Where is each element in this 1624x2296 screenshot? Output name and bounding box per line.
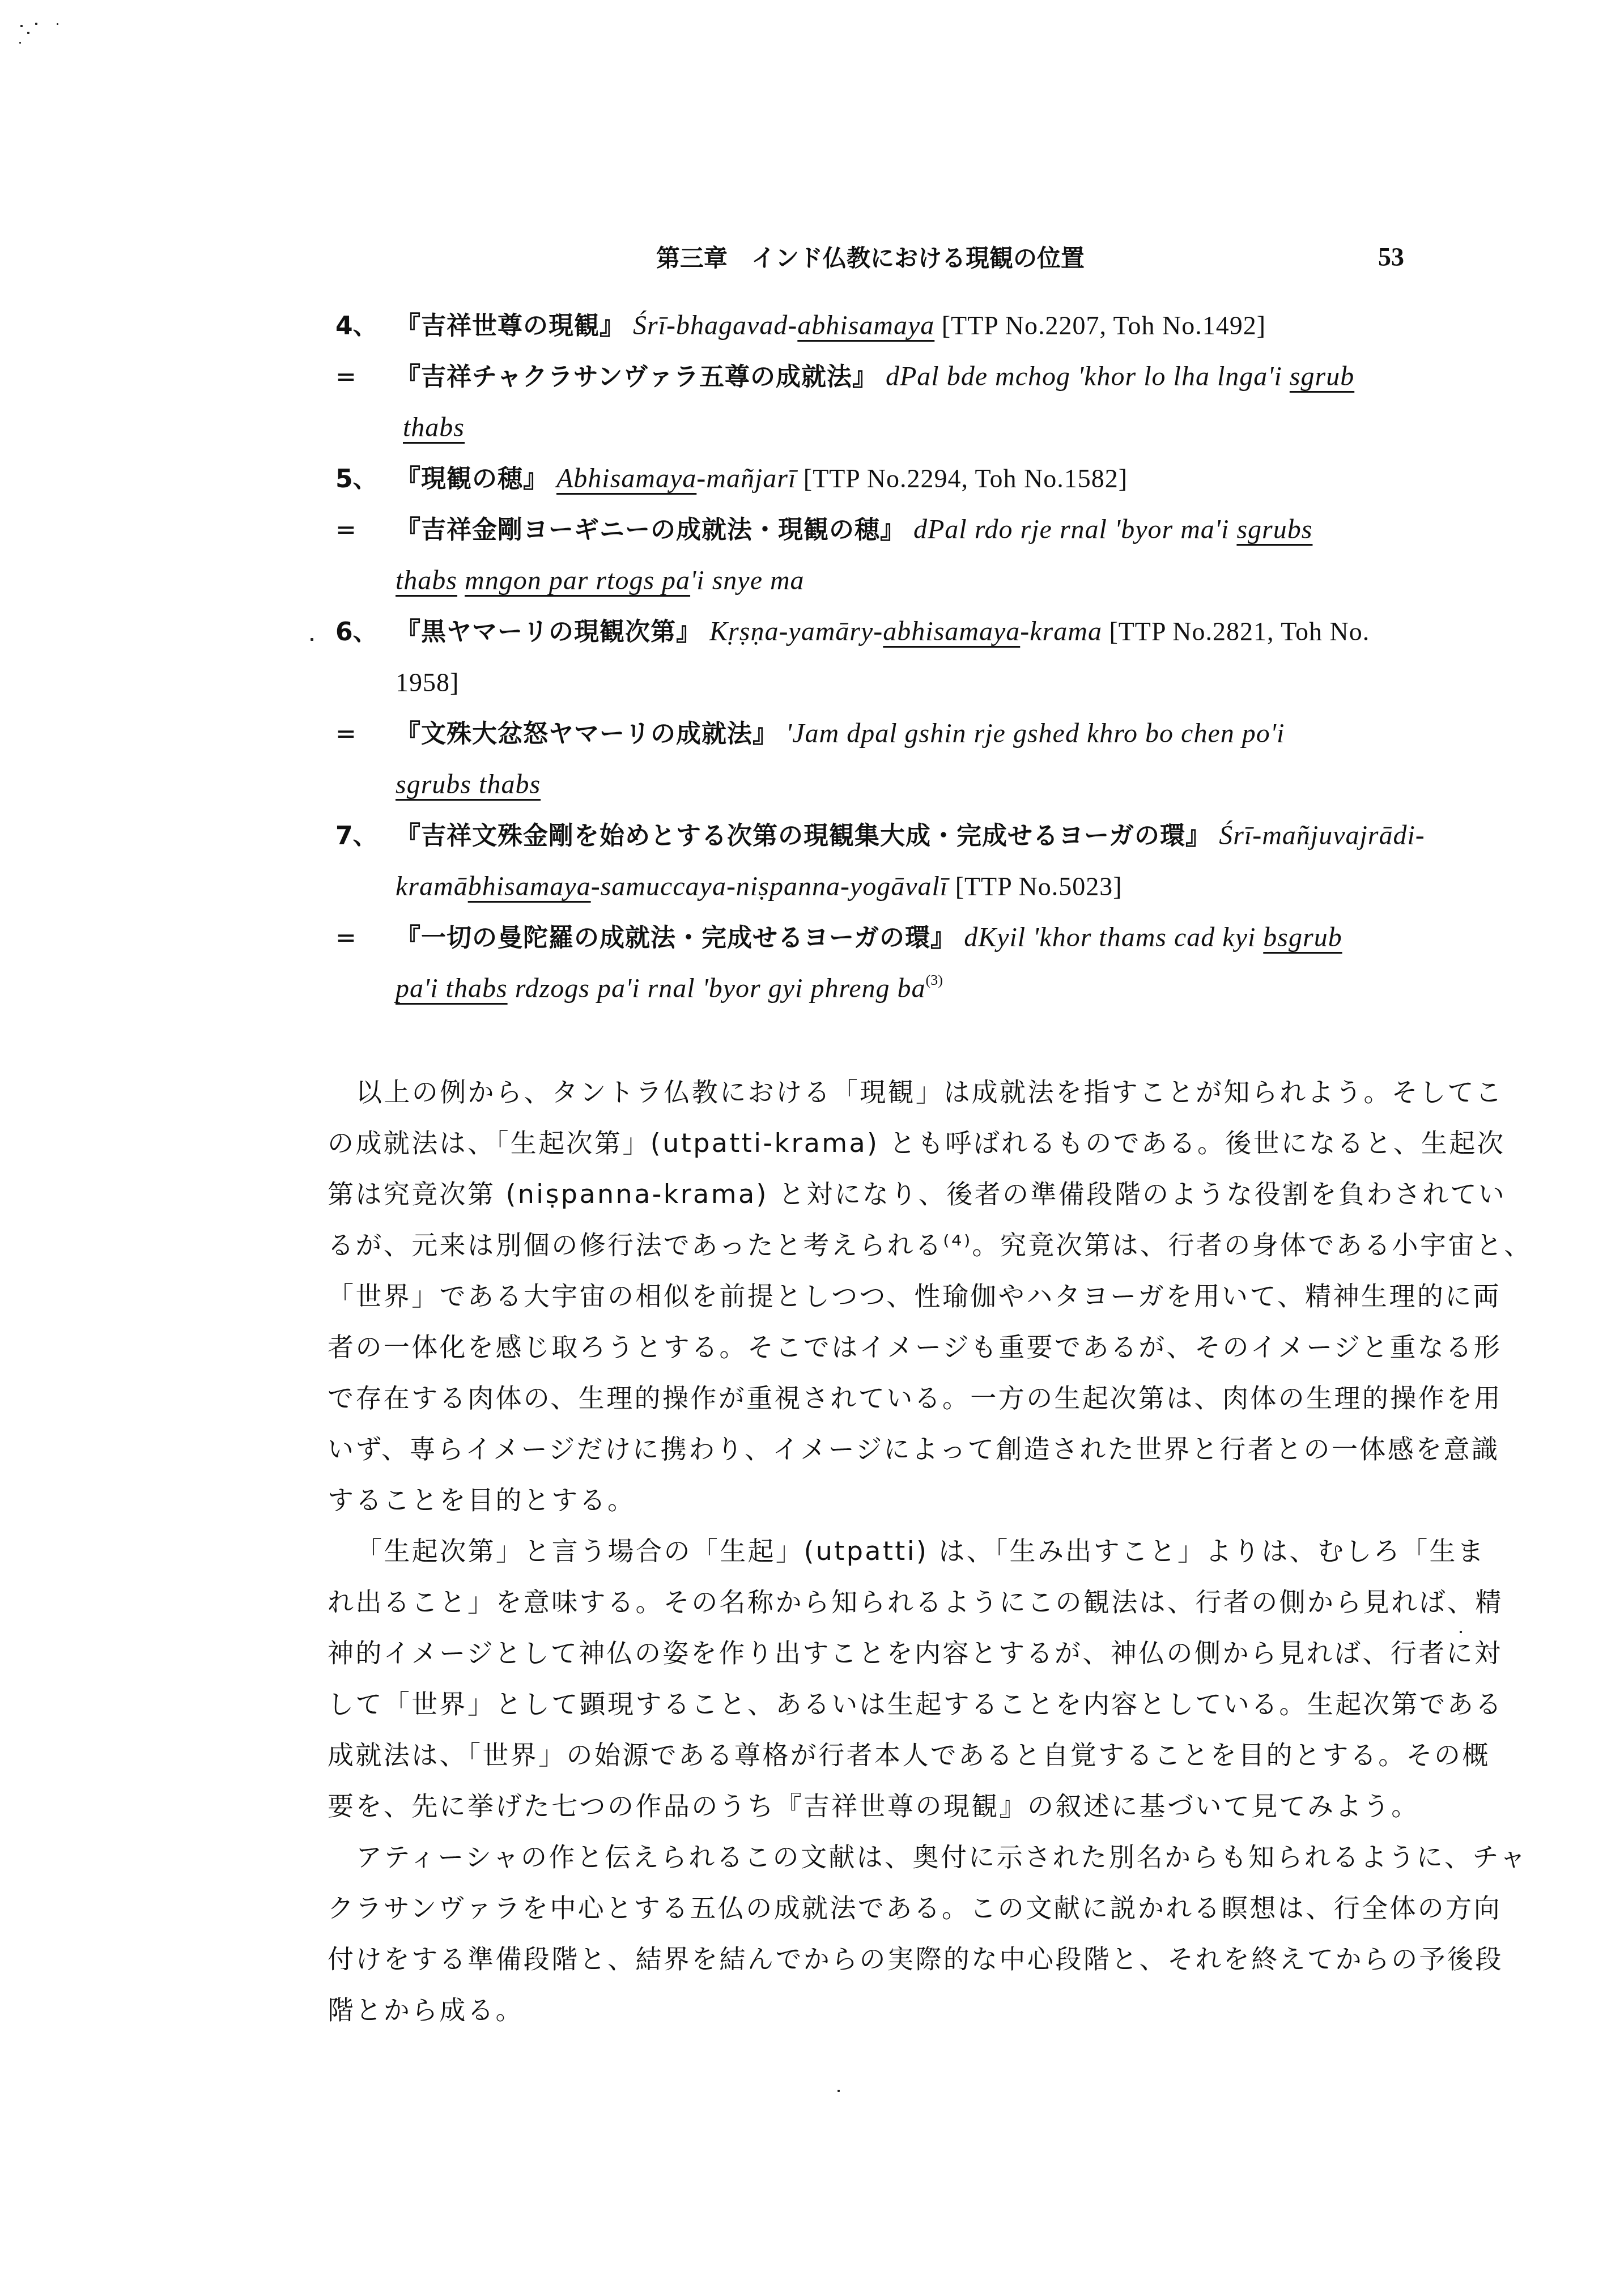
paragraph-2-line: 要を、先に挙げた七つの作品のうち『吉祥世尊の現観』の叙述に基づいて見てみよう。 [328,1780,1438,1831]
tibetan-title: dPal bde mchog 'khor lo lha lnga'i sgrub [886,362,1354,392]
list-item-6-tibetan-continuation: sgrubs thabs [335,759,1440,810]
scan-speck [35,23,37,25]
list-item-6-tibetan-line: =『文殊大忿怒ヤマーリの成就法』 'Jam dpal gshin rje gsh… [335,708,1440,759]
scan-speck [1469,1559,1471,1562]
japanese-title: 『現観の穂』 [396,465,549,494]
sanskrit-title: Śrī-mañjuvajrādi- [1219,820,1425,851]
paragraph-1-line: 第は究竟次第 (niṣpanna-krama) と対になり、後者の準備段階のよう… [328,1168,1438,1219]
japanese-title: 『吉祥チャクラサンヴァラ五尊の成就法』 [396,363,878,392]
scan-speck [20,25,23,27]
list-item-7-continuation: kramābhisamaya-samuccaya-niṣpanna-yogāva… [335,861,1440,912]
paragraph-2-line: れ出ること」を意味する。その名称から知られるようにこの観法は、行者の側から見れば… [328,1576,1438,1627]
book-page: 第三章 インド仏教における現観の位置 53 4、『吉祥世尊の現観』 Śrī-bh… [0,0,1624,2296]
scan-speck [1460,1631,1462,1633]
catalog-reference: [TTP No.2821, Toh No. [1102,617,1370,646]
paragraph-2-line: 「生起次第」と言う場合の「生起」(utpatti) は、「生み出すこと」よりは、… [328,1525,1438,1576]
list-item-5-continuation: thabs mngon par rtogs pa'i snye ma [335,555,1440,606]
paragraph-1-line: いず、専らイメージだけに携わり、イメージによって創造された世界と行者との一体感を… [328,1423,1438,1474]
page-number: 53 [1378,242,1404,272]
scan-speck [19,42,21,44]
list-item-5-tibetan-line: =『吉祥金剛ヨーギニーの成就法・現観の穂』 dPal rdo rje rnal … [335,504,1440,555]
paragraph-1-line: るが、元来は別個の修行法であったと考えられる⁽⁴⁾。究竟次第は、行者の身体である… [328,1219,1438,1270]
tibetan-title: dPal rdo rje rnal 'byor ma'i sgrubs [913,515,1312,545]
scan-speck [57,23,58,25]
paragraph-1-line: の成就法は、「生起次第」(utpatti-krama) とも呼ばれるものである。… [328,1117,1438,1168]
japanese-title: 『吉祥文殊金剛を始めとする次第の現観集大成・完成せるヨーガの環』 [396,822,1211,851]
sanskrit-title: Abhisamaya-mañjarī [556,464,796,494]
tibetan-title: 'Jam dpal gshin rje gshed khro bo chen p… [786,718,1285,749]
body-text: 以上の例から、タントラ仏教における「現観」は成就法を指すことが知られよう。そして… [328,1066,1438,2035]
paragraph-1-line: することを目的とする。 [328,1474,1438,1525]
scan-speck [27,32,29,34]
list-item-4-continuation: thabs [335,402,1440,453]
paragraph-1-line: 者の一体化を感じ取ろうとする。そこではイメージも重要であるが、そのイメージと重な… [328,1321,1438,1372]
catalog-reference: [TTP No.5023] [948,872,1122,901]
text-list: 4、『吉祥世尊の現観』 Śrī-bhagavad-abhisamaya [TTP… [335,300,1440,1014]
list-item-7-tibetan-continuation: pa'i thabs rdzogs pa'i rnal 'byor gyi ph… [335,963,1440,1014]
sanskrit-title: Śrī-bhagavad-abhisamaya [633,311,934,341]
footnote-ref-3[interactable]: (3) [926,972,943,988]
japanese-title: 『吉祥世尊の現観』 [396,312,625,341]
japanese-title: 『黒ヤマーリの現観次第』 [396,618,702,647]
paragraph-1-line: 以上の例から、タントラ仏教における「現観」は成就法を指すことが知られよう。そして… [328,1066,1438,1117]
tibetan-title: dKyil 'khor thams cad kyi bsgrub [964,922,1342,953]
catalog-reference: [TTP No.2207, Toh No.1492] [934,311,1266,340]
list-item-6-continuation: 1958] [335,657,1440,708]
paragraph-3-line: 階とから成る。 [328,1984,1438,2035]
chapter-title: 第三章 インド仏教における現観の位置 [656,240,1085,274]
paragraph-2-line: して「世界」として顕現すること、あるいは生起することを内容としている。生起次第で… [328,1678,1438,1729]
list-item-7-title-line: 7、『吉祥文殊金剛を始めとする次第の現観集大成・完成せるヨーガの環』 Śrī-m… [335,810,1440,861]
paragraph-3-line: 付けをする準備段階と、結界を結んでからの実際的な中心段階と、それを終えてからの予… [328,1933,1438,1984]
list-item-6-title-line: 6、『黒ヤマーリの現観次第』 Kṛṣṇa-yamāry-abhisamaya-k… [335,606,1440,657]
paragraph-1-line: で存在する肉体の、生理的操作が重視されている。一方の生起次第は、肉体の生理的操作… [328,1372,1438,1423]
japanese-title: 『吉祥金剛ヨーギニーの成就法・現観の穂』 [396,516,905,545]
list-item-5-title-line: 5、『現観の穂』 Abhisamaya-mañjarī [TTP No.2294… [335,453,1440,504]
scan-speck [837,2090,840,2092]
japanese-title: 『一切の曼陀羅の成就法・完成せるヨーガの環』 [396,924,956,953]
paragraph-3-line: アティーシャの作と伝えられるこの文献は、奥付に示された別名からも知られるように、… [328,1831,1438,1882]
list-item-4-tibetan-line: =『吉祥チャクラサンヴァラ五尊の成就法』 dPal bde mchog 'kho… [335,351,1440,402]
japanese-title: 『文殊大忿怒ヤマーリの成就法』 [396,720,778,749]
paragraph-2-line: 神的イメージとして神仏の姿を作り出すことを内容とするが、神仏の側から見れば、行者… [328,1627,1438,1678]
paragraph-3-line: クラサンヴァラを中心とする五仏の成就法である。この文献に説かれる瞑想は、行全体の… [328,1882,1438,1933]
paragraph-2-line: 成就法は、「世界」の始源である尊格が行者本人であると自覚することを目的とする。そ… [328,1729,1438,1780]
catalog-reference: [TTP No.2294, Toh No.1582] [796,464,1128,493]
list-item-4-title-line: 4、『吉祥世尊の現観』 Śrī-bhagavad-abhisamaya [TTP… [335,300,1440,351]
running-head: 第三章 インド仏教における現観の位置 53 [656,237,1404,277]
sanskrit-title: Kṛṣṇa-yamāry-abhisamaya-krama [709,616,1102,647]
list-item-7-tibetan-line: =『一切の曼陀羅の成就法・完成せるヨーガの環』 dKyil 'khor tham… [335,912,1440,963]
paragraph-1-line: 「世界」である大宇宙の相似を前提としつつ、性瑜伽やハタヨーガを用いて、精神生理的… [328,1270,1438,1321]
scan-speck [311,638,313,641]
